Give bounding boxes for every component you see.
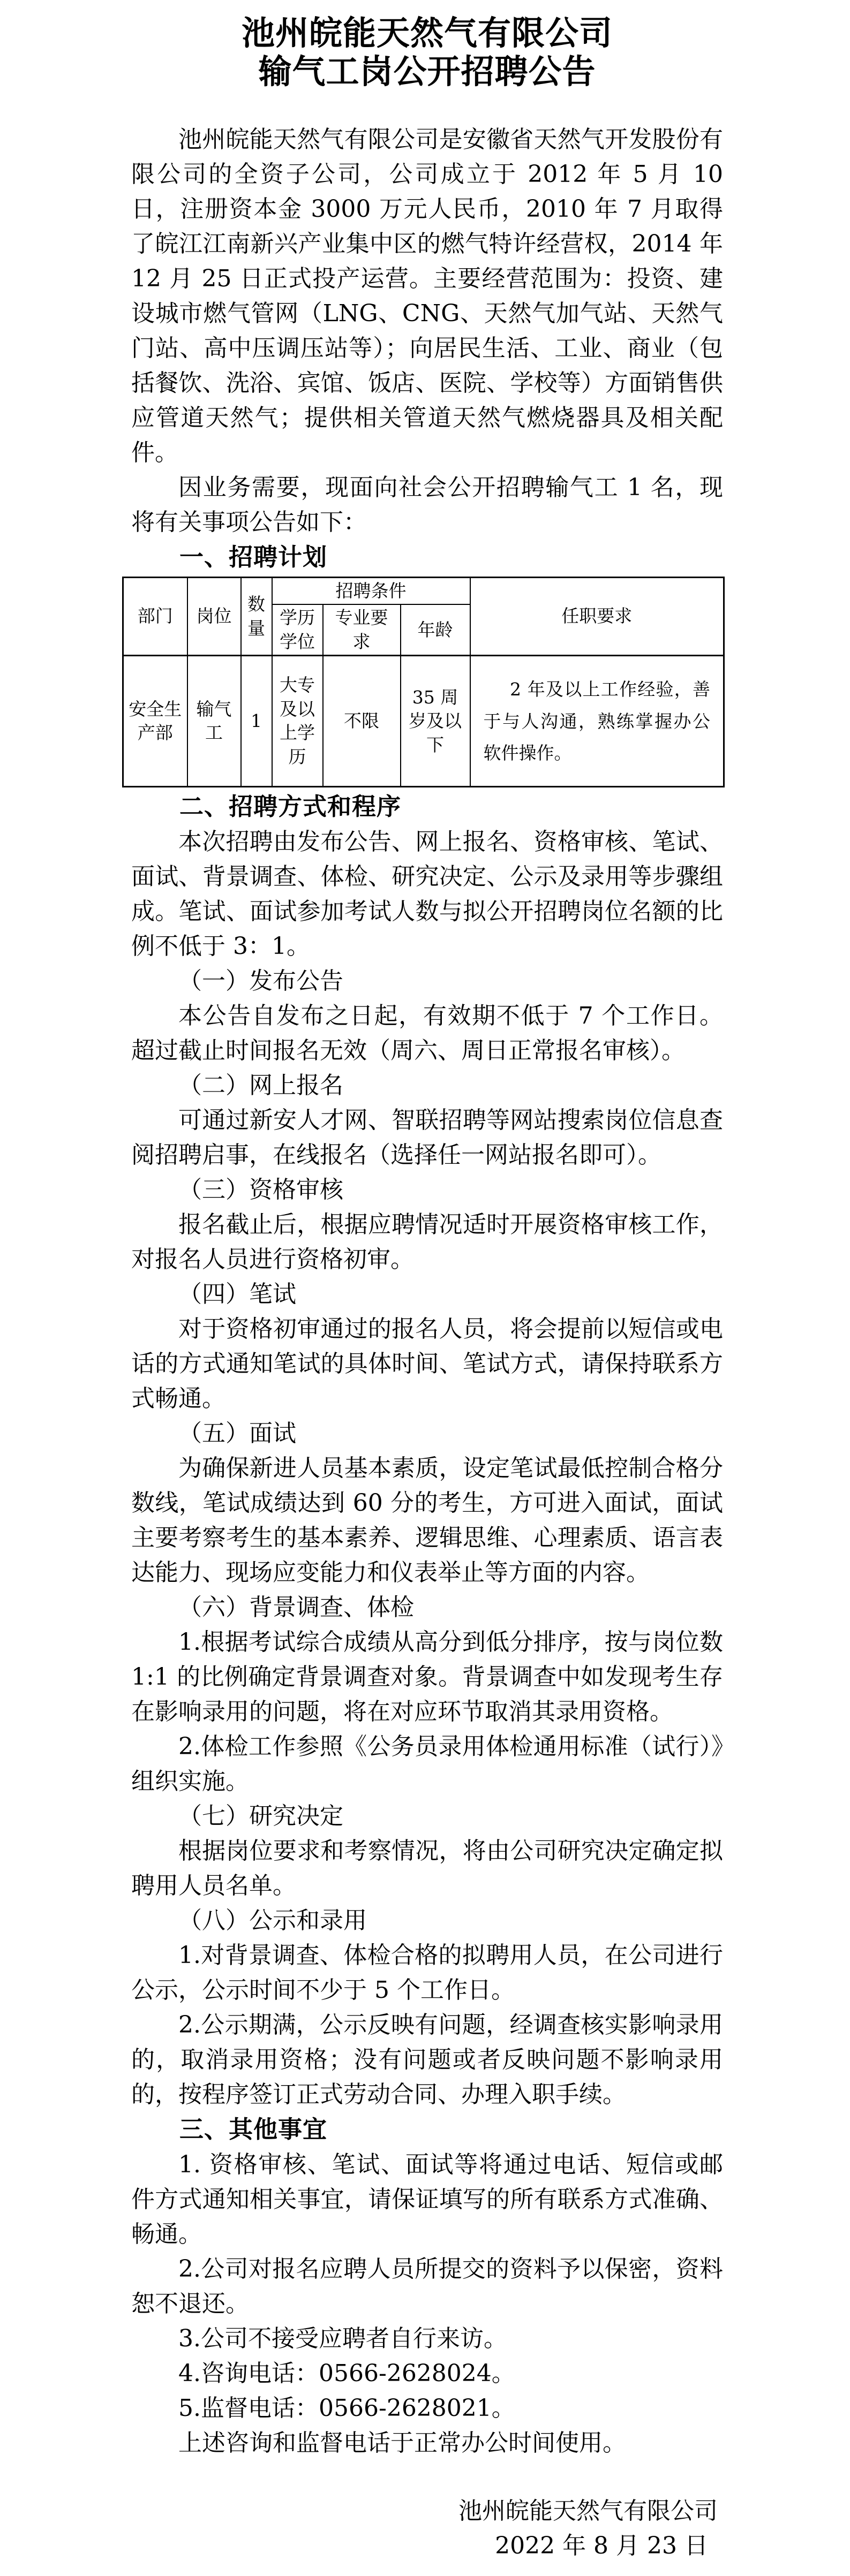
other-matters-paragraph-phone-hours: 上述咨询和监督电话于正常办公时间使用。 xyxy=(131,2426,723,2460)
subsection-heading-qualification-review: （三）资格审核 xyxy=(131,1172,723,1207)
cell-major: 不限 xyxy=(323,656,401,787)
intro-paragraph-purpose: 因业务需要，现面向社会公开招聘输气工 1 名，现将有关事项公告如下： xyxy=(131,470,723,540)
subsection-heading-publicity-employment: （八）公示和录用 xyxy=(131,1903,723,1938)
cell-requirements: 2 年及以上工作经验，善于与人沟通，熟练掌握办公软件操作。 xyxy=(470,656,724,787)
signature-company: 池州皖能天然气有限公司 xyxy=(131,2494,723,2528)
other-matters-paragraph-consult-phone: 4.咨询电话：0566-2628024。 xyxy=(131,2356,723,2391)
subsection-background-check-paragraph-2: 2.体检工作参照《公务员录用体检通用标准（试行）》组织实施。 xyxy=(131,1729,723,1799)
subsection-heading-announcement: （一）发布公告 xyxy=(131,964,723,998)
cell-department: 安全生产部 xyxy=(123,656,187,787)
subsection-heading-online-application: （二）网上报名 xyxy=(131,1068,723,1103)
col-header-conditions: 招聘条件 xyxy=(272,577,470,604)
subsection-publicity-paragraph-1: 1.对背景调查、体检合格的拟聘用人员，在公司进行公示，公示时间不少于 5 个工作… xyxy=(131,1938,723,2007)
col-header-requirements: 任职要求 xyxy=(470,577,724,656)
page-title: 池州皖能天然气有限公司 输气工岗公开招聘公告 xyxy=(131,14,723,91)
col-header-department: 部门 xyxy=(123,577,187,656)
col-header-post: 岗位 xyxy=(187,577,241,656)
signature-date: 2022 年 8 月 23 日 xyxy=(131,2528,723,2563)
other-matters-paragraph-2: 2.公司对报名应聘人员所提交的资料予以保密，资料恕不退还。 xyxy=(131,2252,723,2321)
subsection-announcement-paragraph: 本公告自发布之日起，有效期不低于 7 个工作日。超过截止时间报名无效（周六、周日… xyxy=(131,998,723,1068)
section-heading-other-matters: 三、其他事宜 xyxy=(131,2112,723,2147)
cell-post: 输气工 xyxy=(187,656,241,787)
other-matters-paragraph-3: 3.公司不接受应聘者自行来访。 xyxy=(131,2321,723,2356)
process-intro-paragraph: 本次招聘由发布公告、网上报名、资格审核、笔试、面试、背景调查、体检、研究决定、公… xyxy=(131,824,723,964)
section-heading-recruitment-plan: 一、招聘计划 xyxy=(131,540,723,575)
subsection-heading-decision: （七）研究决定 xyxy=(131,1799,723,1833)
subsection-heading-written-test: （四）笔试 xyxy=(131,1277,723,1312)
page-title-line2: 输气工岗公开招聘公告 xyxy=(131,52,723,91)
subsection-decision-paragraph: 根据岗位要求和考察情况，将由公司研究决定确定拟聘用人员名单。 xyxy=(131,1833,723,1903)
cell-age: 35 周岁及以下 xyxy=(401,656,470,787)
page-title-line1: 池州皖能天然气有限公司 xyxy=(131,14,723,52)
section-heading-process: 二、招聘方式和程序 xyxy=(131,789,723,824)
cell-count: 1 xyxy=(241,656,272,787)
subsection-written-test-paragraph: 对于资格初审通过的报名人员，将会提前以短信或电话的方式通知笔试的具体时间、笔试方… xyxy=(131,1312,723,1416)
subsection-qualification-review-paragraph: 报名截止后，根据应聘情况适时开展资格审核工作，对报名人员进行资格初审。 xyxy=(131,1207,723,1277)
recruitment-plan-table: 部门 岗位 数量 招聘条件 任职要求 学历学位 专业要求 年龄 安全生产部 输气… xyxy=(122,577,725,788)
subsection-online-application-paragraph: 可通过新安人才网、智联招聘等网站搜索岗位信息查阅招聘启事，在线报名（选择任一网站… xyxy=(131,1103,723,1172)
col-header-education: 学历学位 xyxy=(272,604,323,656)
subsection-heading-interview: （五）面试 xyxy=(131,1416,723,1451)
cell-education: 大专及以上学历 xyxy=(272,656,323,787)
subsection-interview-paragraph: 为确保新进人员基本素质，设定笔试最低控制合格分数线，笔试成绩达到 60 分的考生… xyxy=(131,1451,723,1590)
other-matters-paragraph-1: 1. 资格审核、笔试、面试等将通过电话、短信或邮件方式通知相关事宜，请保证填写的… xyxy=(131,2147,723,2252)
col-header-major: 专业要求 xyxy=(323,604,401,656)
document-page: 池州皖能天然气有限公司 输气工岗公开招聘公告 池州皖能天然气有限公司是安徽省天然… xyxy=(0,0,850,2576)
other-matters-paragraph-supervise-phone: 5.监督电话：0566-2628021。 xyxy=(131,2391,723,2426)
col-header-age: 年龄 xyxy=(401,604,470,656)
table-header-row-1: 部门 岗位 数量 招聘条件 任职要求 xyxy=(123,577,724,604)
subsection-heading-background-check: （六）背景调查、体检 xyxy=(131,1590,723,1625)
signature-block: 池州皖能天然气有限公司 2022 年 8 月 23 日 xyxy=(131,2494,723,2563)
col-header-count: 数量 xyxy=(241,577,272,656)
subsection-publicity-paragraph-2: 2.公示期满，公示反映有问题，经调查核实影响录用的，取消录用资格；没有问题或者反… xyxy=(131,2007,723,2112)
intro-paragraph-company: 池州皖能天然气有限公司是安徽省天然气开发股份有限公司的全资子公司，公司成立于 2… xyxy=(131,122,723,470)
table-row: 安全生产部 输气工 1 大专及以上学历 不限 35 周岁及以下 2 年及以上工作… xyxy=(123,656,724,787)
subsection-background-check-paragraph-1: 1.根据考试综合成绩从高分到低分排序，按与岗位数 1:1 的比例确定背景调查对象… xyxy=(131,1625,723,1729)
